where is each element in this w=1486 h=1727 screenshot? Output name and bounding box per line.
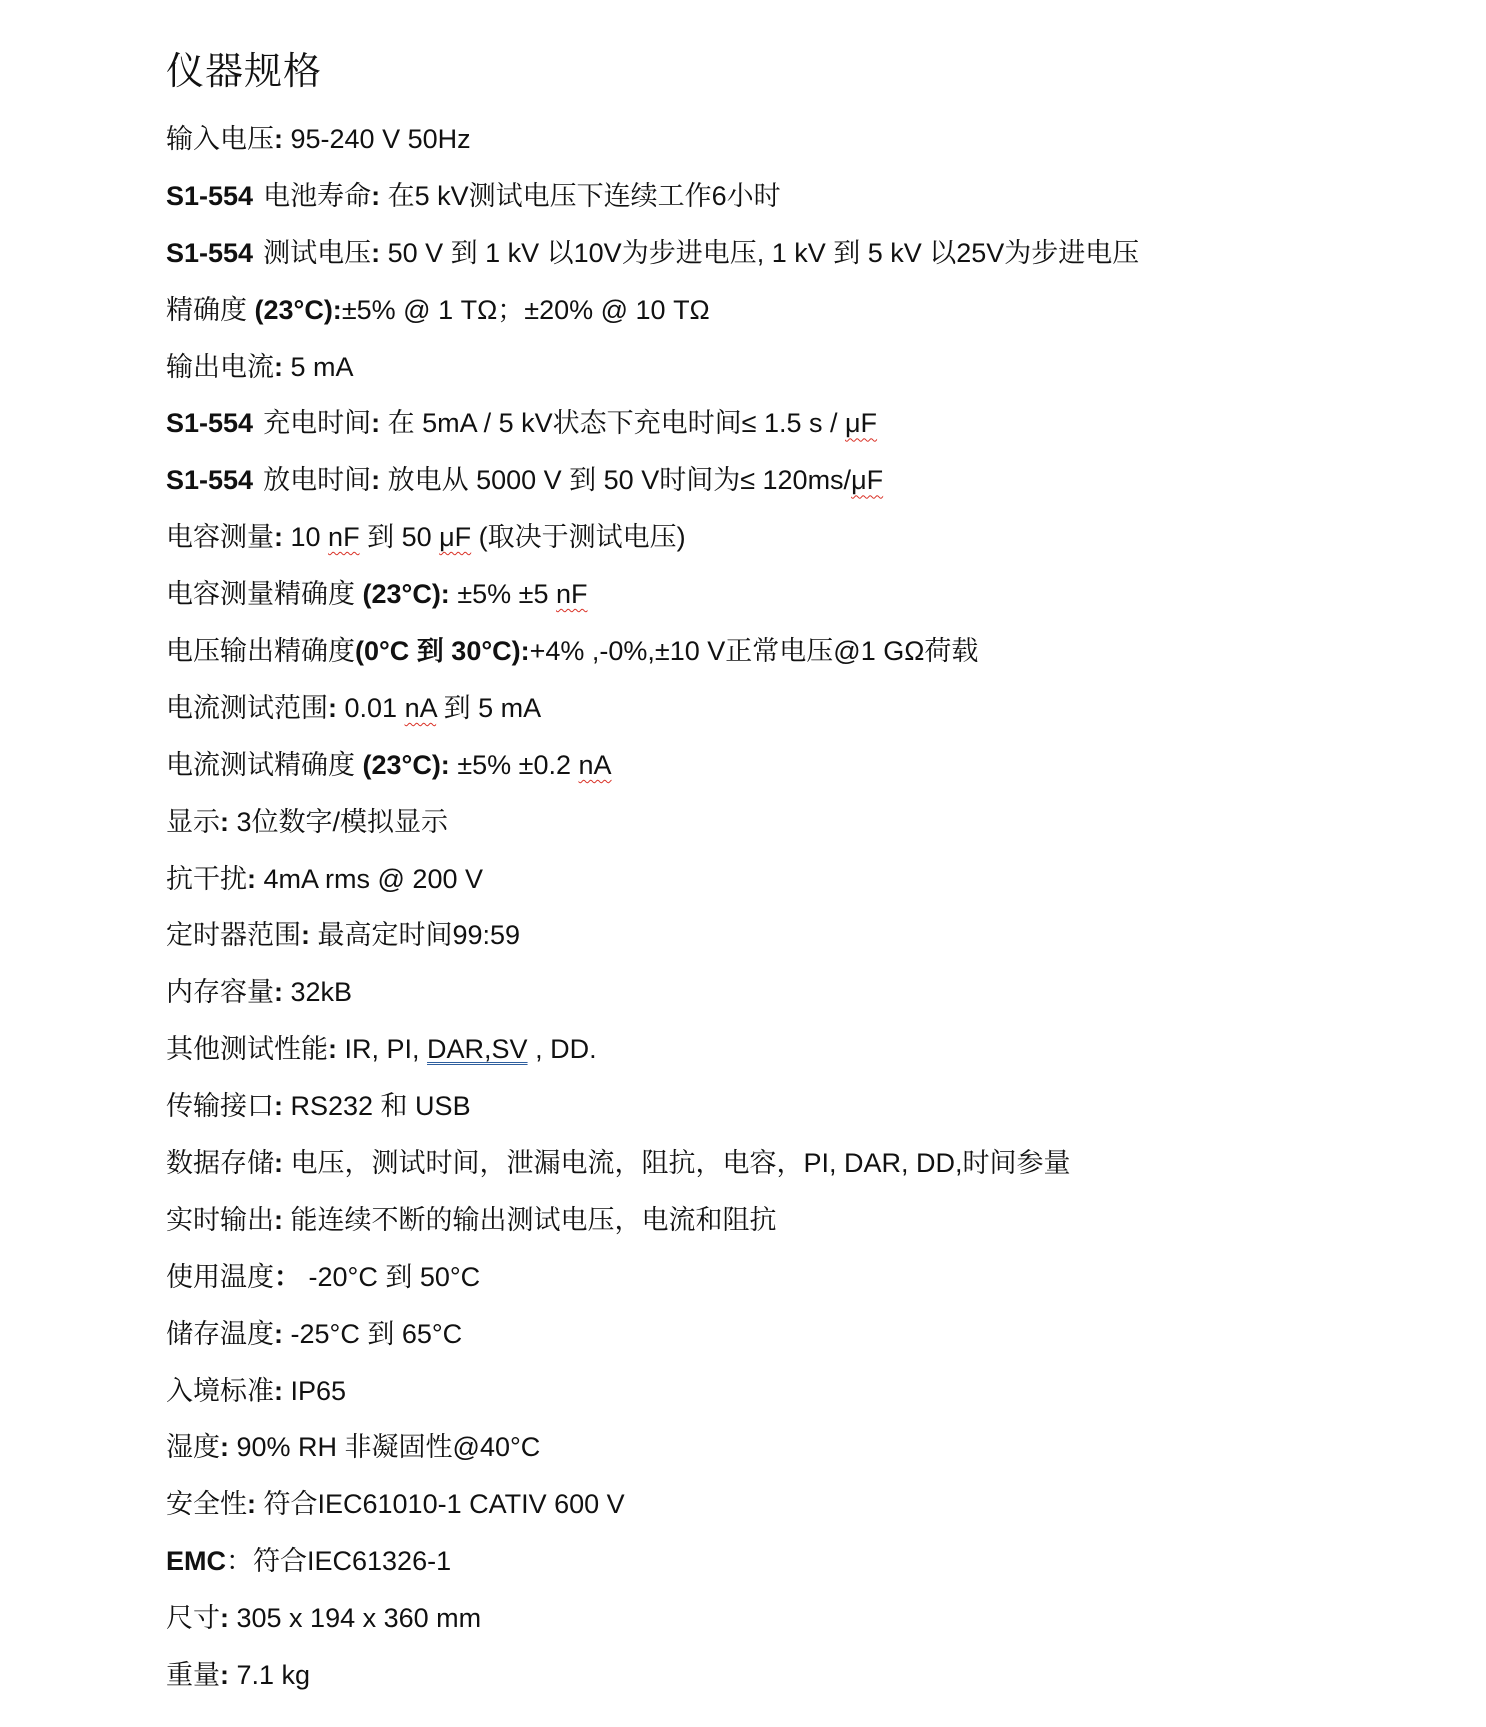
spec-current-test-accuracy: 电流测试精确度 (23°C): ±5% ±0.2 nA <box>166 750 1446 807</box>
spec-separator: : <box>371 408 388 438</box>
spec-value: -25°C 到 65°C <box>291 1319 463 1349</box>
spec-label: 数据存储 <box>166 1148 274 1178</box>
spec-value: RS232 和 USB <box>291 1091 471 1121</box>
spec-label: 测试电压 <box>263 238 371 268</box>
spec-label: 安全性 <box>166 1489 247 1519</box>
spec-value: 0.01 <box>345 693 405 723</box>
spellcheck-flagged-word[interactable]: μF <box>439 522 471 552</box>
spec-separator: : <box>274 1205 291 1235</box>
spec-condition: (23°C): <box>247 295 342 325</box>
spec-current-test-range: 电流测试范围: 0.01 nA 到 5 mA <box>166 693 1446 750</box>
spec-value: 90% RH 非凝固性@40°C <box>237 1432 541 1462</box>
spec-value: , DD. <box>528 1034 597 1064</box>
spec-separator: : <box>220 1432 237 1462</box>
grammar-flagged-text[interactable]: DAR,SV <box>427 1034 528 1064</box>
spec-test-voltage: S1-554测试电压: 50 V 到 1 kV 以10V为步进电压, 1 kV … <box>166 238 1446 295</box>
spec-separator: : <box>274 1376 291 1406</box>
spec-separator: : <box>274 522 291 552</box>
spec-input-voltage: 输入电压: 95-240 V 50Hz <box>166 124 1446 181</box>
spec-output-current: 输出电流: 5 mA <box>166 352 1446 409</box>
spec-value: 3位数字/模拟显示 <box>237 807 449 837</box>
spec-condition: (23°C): <box>355 579 450 609</box>
spec-value: 在5 kV测试电压下连续工作6小时 <box>388 181 781 211</box>
spec-value: 能连续不断的输出测试电压，电流和阻抗 <box>291 1205 777 1235</box>
spellcheck-flagged-word[interactable]: μF <box>845 408 877 438</box>
spec-label: 电池寿命 <box>263 181 371 211</box>
spec-separator: : <box>274 977 291 1007</box>
spec-timer-range: 定时器范围: 最高定时间99:59 <box>166 920 1446 977</box>
spec-separator: ： <box>274 1262 309 1292</box>
spec-label: 电流测试精确度 <box>166 750 355 780</box>
spec-value: 到 50 <box>360 522 440 552</box>
spec-value: 5 mA <box>291 352 354 382</box>
spec-label: 抗干扰 <box>166 864 247 894</box>
page-title: 仪器规格 <box>166 46 1446 98</box>
spec-label: 显示 <box>166 807 220 837</box>
spec-label: 内存容量 <box>166 977 274 1007</box>
spec-label: 放电时间 <box>263 465 371 495</box>
spec-weight: 重量: 7.1 kg <box>166 1660 1446 1717</box>
spec-separator: : <box>274 124 291 154</box>
model-number: S1-554 <box>166 181 253 211</box>
spec-list: 输入电压: 95-240 V 50Hz S1-554电池寿命: 在5 kV测试电… <box>166 124 1446 1717</box>
spec-value: 符合IEC61010-1 CATIV 600 V <box>264 1489 625 1519</box>
spec-condition: (23°C): <box>355 750 450 780</box>
spec-value: ±5% ±0.2 <box>450 750 579 780</box>
spec-value: (取决于测试电压) <box>471 522 685 552</box>
spec-value: -20°C 到 50°C <box>309 1262 481 1292</box>
spec-value: +4% ,-0%,±10 V正常电压@1 GΩ荷载 <box>530 636 979 666</box>
spec-value: 32kB <box>291 977 353 1007</box>
spec-label: 尺寸 <box>166 1603 220 1633</box>
spec-label: 电压输出精确度 <box>166 636 355 666</box>
spec-value: 到 5 mA <box>436 693 541 723</box>
spec-separator: : <box>371 181 388 211</box>
spec-value: IR, PI, <box>345 1034 428 1064</box>
spec-separator: : <box>301 920 318 950</box>
spec-separator: : <box>247 1489 264 1519</box>
spec-value: 4mA rms @ 200 V <box>264 864 483 894</box>
spellcheck-flagged-word[interactable]: μF <box>851 465 883 495</box>
spec-emc: EMC：符合IEC61326-1 <box>166 1546 1446 1603</box>
spec-value: 电压，测试时间，泄漏电流，阻抗，电容，PI, DAR, DD,时间参量 <box>291 1148 1071 1178</box>
spec-value: 7.1 kg <box>237 1660 311 1690</box>
spec-value: 符合IEC61326-1 <box>253 1546 451 1576</box>
spec-condition: (0°C 到 30°C): <box>355 636 530 666</box>
spec-safety: 安全性: 符合IEC61010-1 CATIV 600 V <box>166 1489 1446 1546</box>
spec-capacitance-accuracy: 电容测量精确度 (23°C): ±5% ±5 nF <box>166 579 1446 636</box>
spec-label: 充电时间 <box>263 408 371 438</box>
spec-interference-rejection: 抗干扰: 4mA rms @ 200 V <box>166 864 1446 921</box>
spec-charge-time: S1-554充电时间: 在 5mA / 5 kV状态下充电时间≤ 1.5 s /… <box>166 408 1446 465</box>
spec-label: 传输接口 <box>166 1091 274 1121</box>
spec-memory-capacity: 内存容量: 32kB <box>166 977 1446 1034</box>
spec-operating-temperature: 使用温度： -20°C 到 50°C <box>166 1262 1446 1319</box>
spec-accuracy: 精确度 (23°C):±5% @ 1 TΩ；±20% @ 10 TΩ <box>166 295 1446 352</box>
spec-separator: : <box>371 465 388 495</box>
spec-label: 使用温度 <box>166 1262 274 1292</box>
spec-separator: : <box>328 693 345 723</box>
spec-separator: : <box>247 864 264 894</box>
spec-battery-life: S1-554电池寿命: 在5 kV测试电压下连续工作6小时 <box>166 181 1446 238</box>
spec-separator: ： <box>226 1546 253 1576</box>
spec-value: 10 <box>291 522 329 552</box>
spec-separator: : <box>371 238 388 268</box>
spec-label: 电容测量 <box>166 522 274 552</box>
spec-label: 入境标准 <box>166 1376 274 1406</box>
document-page: 仪器规格 输入电压: 95-240 V 50Hz S1-554电池寿命: 在5 … <box>166 46 1446 1717</box>
spec-label: 精确度 <box>166 295 247 325</box>
model-number: S1-554 <box>166 408 253 438</box>
model-number: S1-554 <box>166 238 253 268</box>
model-number: S1-554 <box>166 465 253 495</box>
spec-value: 最高定时间99:59 <box>318 920 521 950</box>
spec-separator: : <box>274 1091 291 1121</box>
spec-voltage-output-accuracy: 电压输出精确度(0°C 到 30°C):+4% ,-0%,±10 V正常电压@1… <box>166 636 1446 693</box>
spec-capacitance-measurement: 电容测量: 10 nF 到 50 μF (取决于测试电压) <box>166 522 1446 579</box>
spec-interface: 传输接口: RS232 和 USB <box>166 1091 1446 1148</box>
spec-other-test-functions: 其他测试性能: IR, PI, DAR,SV , DD. <box>166 1034 1446 1091</box>
spec-separator: : <box>220 807 237 837</box>
spec-label: 输入电压 <box>166 124 274 154</box>
spec-label: EMC <box>166 1546 226 1576</box>
spec-label: 定时器范围 <box>166 920 301 950</box>
spec-discharge-time: S1-554放电时间: 放电从 5000 V 到 50 V时间为≤ 120ms/… <box>166 465 1446 522</box>
spec-value: ±5% @ 1 TΩ；±20% @ 10 TΩ <box>342 295 710 325</box>
spec-separator: : <box>328 1034 345 1064</box>
spec-value: 95-240 V 50Hz <box>291 124 471 154</box>
spec-separator: : <box>220 1660 237 1690</box>
spec-value: 305 x 194 x 360 mm <box>237 1603 482 1633</box>
spellcheck-flagged-word[interactable]: nF <box>328 522 360 552</box>
spec-value: 在 5mA / 5 kV状态下充电时间≤ 1.5 s / <box>388 408 845 438</box>
spec-value: ±5% ±5 <box>450 579 556 609</box>
spec-storage-temperature: 储存温度: -25°C 到 65°C <box>166 1319 1446 1376</box>
spellcheck-flagged-word[interactable]: nA <box>579 750 612 780</box>
spec-label: 实时输出 <box>166 1205 274 1235</box>
spec-value: 放电从 5000 V 到 50 V时间为≤ 120ms/ <box>388 465 851 495</box>
spec-label: 湿度 <box>166 1432 220 1462</box>
spec-label: 电流测试范围 <box>166 693 328 723</box>
spec-separator: : <box>274 1148 291 1178</box>
spec-humidity: 湿度: 90% RH 非凝固性@40°C <box>166 1432 1446 1489</box>
spec-display: 显示: 3位数字/模拟显示 <box>166 807 1446 864</box>
spec-label: 重量 <box>166 1660 220 1690</box>
spec-value: 50 V 到 1 kV 以10V为步进电压, 1 kV 到 5 kV 以25V为… <box>388 238 1140 268</box>
spec-separator: : <box>274 1319 291 1349</box>
spellcheck-flagged-word[interactable]: nA <box>405 693 437 723</box>
spec-value: IP65 <box>291 1376 347 1406</box>
spec-ingress-protection: 入境标准: IP65 <box>166 1376 1446 1433</box>
spec-label: 储存温度 <box>166 1319 274 1349</box>
spec-label: 电容测量精确度 <box>166 579 355 609</box>
spec-realtime-output: 实时输出: 能连续不断的输出测试电压，电流和阻抗 <box>166 1205 1446 1262</box>
spellcheck-flagged-word[interactable]: nF <box>556 579 588 609</box>
spec-dimensions: 尺寸: 305 x 194 x 360 mm <box>166 1603 1446 1660</box>
spec-label: 输出电流 <box>166 352 274 382</box>
spec-label: 其他测试性能 <box>166 1034 328 1064</box>
spec-data-storage: 数据存储: 电压，测试时间，泄漏电流，阻抗，电容，PI, DAR, DD,时间参… <box>166 1148 1446 1205</box>
spec-separator: : <box>274 352 291 382</box>
spec-separator: : <box>220 1603 237 1633</box>
